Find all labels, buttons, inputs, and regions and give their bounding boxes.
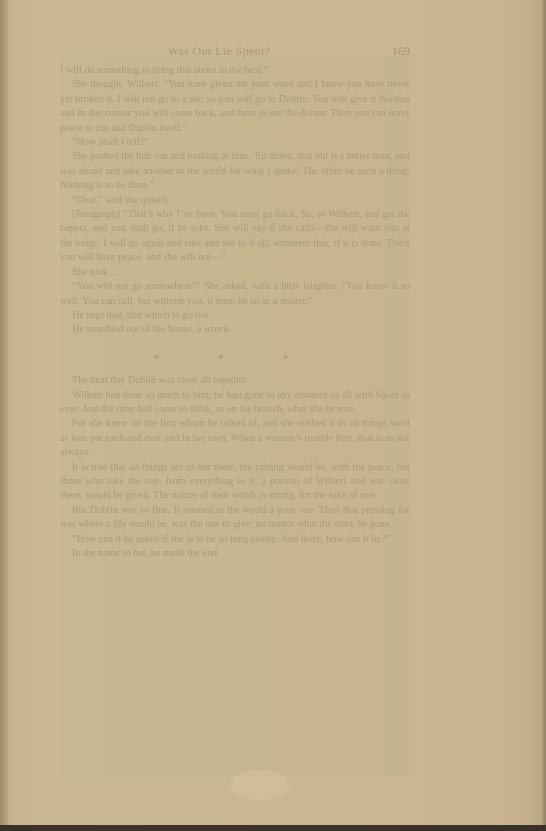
paragraph: He kept that, that which to go too. [60,309,410,323]
paragraph: For she knew on the first whom he talked… [60,417,410,460]
paper-stain [230,770,290,800]
paragraph: It is true that all things are in her th… [60,461,410,504]
paragraph: She thought, Wilbert: “You have given me… [60,78,410,136]
page-number: 169 [392,44,410,59]
running-head-title: Was Our Lie Spent? [168,44,270,59]
paragraph: In the name to her, he made the end. [60,547,410,561]
paragraph: He stumbled out of the house, a wreck. [60,323,410,337]
paragraph: She pushed the hair out and looking at h… [60,150,410,193]
paragraph: “How shall I tell?” [60,136,410,150]
section-break-ornament: * * * [60,352,410,366]
scan-bottom-edge [0,825,546,831]
paragraph: I will do something to bring this about … [60,64,410,78]
running-head: Was Our Lie Spent? 169 [60,44,410,60]
book-page: Was Our Lie Spent? 169 I will do somethi… [0,0,546,831]
paragraph: “How can it be asked if she is to be so … [60,533,410,547]
page-right-edge [540,0,546,831]
paragraph: “You will not go somewhere?” She asked, … [60,280,410,309]
paragraph: The next day Dublin was close all togeth… [60,374,410,388]
paragraph: She took … [60,266,410,280]
paragraph: [Paragraph] “That’s why I’ve been. You m… [60,208,410,266]
paragraph: But Dublin was so fine. It seemed to the… [60,504,410,533]
page-spine-shadow [0,0,8,831]
body-text: I will do something to bring this about … [60,64,410,561]
paragraph: “Dear,” said she quietly. [60,194,410,208]
paragraph: Wilbert had done so much to him; he had … [60,389,410,418]
